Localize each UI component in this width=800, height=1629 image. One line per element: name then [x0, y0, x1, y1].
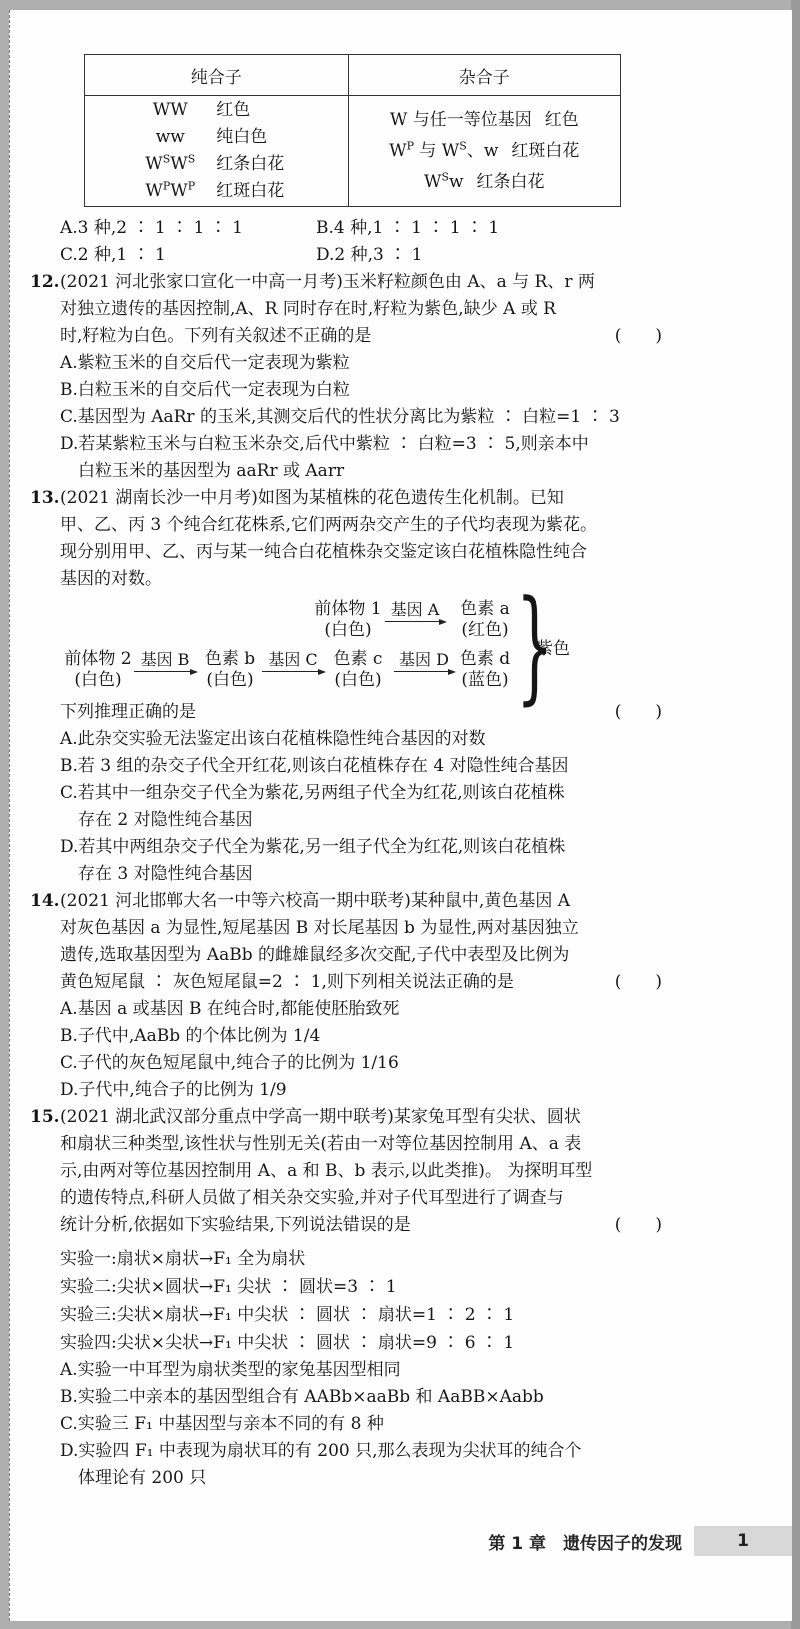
q14-stem-line: 遗传,选取基因型为 AaBb 的雌雄鼠经多次交配,子代中表型及比例为	[30, 942, 672, 969]
q11-option-b: B.4 种,1 ∶ 1 ∶ 1 ∶ 1	[316, 215, 672, 242]
answer-bracket: ( )	[615, 699, 662, 726]
q13-stem-line: 现分别用甲、乙、丙与某一纯合白花植株杂交鉴定该白花植株隐性纯合	[30, 539, 672, 566]
genotype: WSWS	[124, 151, 216, 178]
experiment-4: 实验四:尖状×尖状→F₁ 中尖状 ∶ 圆状 ∶ 扇状=9 ∶ 6 ∶ 1	[30, 1329, 672, 1357]
phenotype-label: 红色	[216, 97, 308, 124]
q13-option-d: D.若其中两组杂交子代全为紫花,另一组子代全为红花,则该白花植株	[30, 834, 672, 861]
phenotype-label: 红条白花	[477, 167, 545, 198]
phenotype-label: 红条白花	[216, 151, 308, 178]
q14-stem-line: 14.(2021 河北邯郸大名一中等六校高一期中联考)某种鼠中,黄色基因 A	[30, 888, 672, 915]
q12-option-a: A.紫粒玉米的自交后代一定表现为紫粒	[30, 350, 672, 377]
q13-option-c: C.若其中一组杂交子代全为紫花,另两组子代全为红花,则该白花植株	[30, 780, 672, 807]
question-number: 12.	[30, 269, 60, 296]
table-header-row: 纯合子 杂合子	[85, 55, 621, 96]
table-header-homozygote: 纯合子	[85, 55, 349, 96]
question-15: 15.(2021 湖北武汉部分重点中学高一期中联考)某家兔耳型有尖状、圆状 和扇…	[30, 1104, 672, 1492]
phenotype-label: 红斑白花	[511, 136, 579, 167]
phenotype-label: 纯白色	[216, 124, 308, 151]
table-row: WP 与 WS、w 红斑白花	[349, 136, 620, 167]
experiment-2: 实验二:尖状×圆状→F₁ 尖状 ∶ 圆状=3 ∶ 1	[30, 1273, 672, 1301]
chapter-title: 第 1 章 遗传因子的发现	[488, 1529, 682, 1554]
table-row: WPWP 红斑白花	[85, 178, 348, 205]
phenotype-label: 红斑白花	[216, 178, 308, 205]
experiment-1: 实验一:扇状×扇状→F₁ 全为扇状	[30, 1245, 672, 1273]
table-row: W 与任一等位基因 红色	[349, 105, 620, 136]
table-header-heterozygote: 杂合子	[348, 55, 620, 96]
q15-stem-line: 统计分析,依据如下实验结果,下列说法错误的是( )	[30, 1212, 672, 1239]
q14-stem-line: 对灰色基因 a 为显性,短尾基因 B 对长尾基因 b 为显性,两对基因独立	[30, 915, 672, 942]
purple-result-label: 紫色	[536, 634, 570, 659]
q12-stem-line: 对独立遗传的基因控制,A、R 同时存在时,籽粒为紫色,缺少 A 或 R	[30, 296, 672, 323]
genotype: W 与任一等位基因	[390, 105, 532, 136]
question-14: 14.(2021 河北邯郸大名一中等六校高一期中联考)某种鼠中,黄色基因 A 对…	[30, 888, 672, 1104]
answer-bracket: ( )	[615, 323, 662, 350]
q15-stem-line: 15.(2021 湖北武汉部分重点中学高一期中联考)某家兔耳型有尖状、圆状	[30, 1104, 672, 1131]
q15-option-c: C.实验三 F₁ 中基因型与亲本不同的有 8 种	[30, 1411, 672, 1438]
q13-option-b: B.若 3 组的杂交子代全开红花,则该白花植株存在 4 对隐性纯合基因	[30, 753, 672, 780]
q13-option-a: A.此杂交实验无法鉴定出该白花植株隐性纯合基因的对数	[30, 726, 672, 753]
q14-option-b: B.子代中,AaBb 的个体比例为 1/4	[30, 1023, 672, 1050]
phenotype-label: 红色	[545, 105, 579, 136]
page-footer: 第 1 章 遗传因子的发现 1	[10, 1526, 792, 1556]
homozygote-cell: WW 红色 ww 纯白色 WSWS 红条白花 WPWP 红斑白花	[85, 96, 349, 207]
genotype: WP 与 WS、w	[389, 136, 498, 167]
q13-option-d-continuation: 存在 3 对隐性纯合基因	[30, 861, 672, 888]
q12-option-b: B.白粒玉米的自交后代一定表现为白粒	[30, 377, 672, 404]
q12-stem-line: 时,籽粒为白色。下列有关叙述不正确的是( )	[30, 323, 672, 350]
q12-option-d-continuation: 白粒玉米的基因型为 aaRr 或 Aarr	[30, 458, 672, 485]
q11-options: A.3 种,2 ∶ 1 ∶ 1 ∶ 1 B.4 种,1 ∶ 1 ∶ 1 ∶ 1 …	[30, 215, 672, 269]
q15-option-d-continuation: 体理论有 200 只	[30, 1465, 672, 1492]
precursor-2-node: 前体物 2(白色)	[50, 649, 146, 691]
pigment-c-node: 色素 c(白色)	[310, 649, 406, 691]
q15-stem-line: 和扇状三种类型,该性状与性别无关(若由一对等位基因控制用 A、a 表	[30, 1131, 672, 1158]
page-edge-shadow	[791, 0, 800, 1629]
page-number-badge: 1	[694, 1526, 792, 1556]
q15-experiments: 实验一:扇状×扇状→F₁ 全为扇状 实验二:尖状×圆状→F₁ 尖状 ∶ 圆状=3…	[30, 1245, 672, 1357]
table-row: ww 纯白色	[85, 124, 348, 151]
table-row: WW 红色	[85, 97, 348, 124]
q12-stem-line: 12.(2021 河北张家口宣化一中高一月考)玉米籽粒颜色由 A、a 与 R、r…	[30, 269, 672, 296]
q13-stem-line: 甲、乙、丙 3 个纯合红花株系,它们两两杂交产生的子代均表现为紫花。	[30, 512, 672, 539]
q15-option-a: A.实验一中耳型为扇状类型的家兔基因型相同	[30, 1357, 672, 1384]
table-row: WSw 红条白花	[349, 167, 620, 198]
experiment-3: 实验三:尖状×扇状→F₁ 中尖状 ∶ 圆状 ∶ 扇状=1 ∶ 2 ∶ 1	[30, 1301, 672, 1329]
precursor-1-node: 前体物 1(白色)	[300, 599, 396, 641]
q13-prompt-line: 下列推理正确的是( )	[30, 699, 672, 726]
q14-stem-line: 黄色短尾鼠 ∶ 灰色短尾鼠=2 ∶ 1,则下列相关说法正确的是( )	[30, 969, 672, 996]
q15-stem-line: 示,由两对等位基因控制用 A、a 和 B、b 表示,以此类推)。 为探明耳型	[30, 1158, 672, 1185]
heterozygote-cell: W 与任一等位基因 红色 WP 与 WS、w 红斑白花 WSw 红条白花	[348, 96, 620, 207]
question-number: 15.	[30, 1104, 60, 1131]
q15-stem-line: 的遗传特点,科研人员做了相关杂交实验,并对子代耳型进行了调查与	[30, 1185, 672, 1212]
q15-option-d: D.实验四 F₁ 中表现为扇状耳的有 200 只,那么表现为尖状耳的纯合个	[30, 1438, 672, 1465]
genotype: ww	[124, 124, 216, 151]
q13-stem-line: 13.(2021 湖南长沙一中月考)如图为某植株的花色遗传生化机制。已知	[30, 485, 672, 512]
table-body-row: WW 红色 ww 纯白色 WSWS 红条白花 WPWP 红斑白花	[85, 96, 621, 207]
q14-option-a: A.基因 a 或基因 B 在纯合时,都能使胚胎致死	[30, 996, 672, 1023]
q13-option-c-continuation: 存在 2 对隐性纯合基因	[30, 807, 672, 834]
q12-option-c: C.基因型为 AaRr 的玉米,其测交后代的性状分离比为紫粒 ∶ 白粒=1 ∶ …	[30, 404, 672, 431]
gene-a-arrow-icon: 基因 A	[385, 600, 445, 622]
q14-option-c: C.子代的灰色短尾鼠中,纯合子的比例为 1/16	[30, 1050, 672, 1077]
question-13: 13.(2021 湖南长沙一中月考)如图为某植株的花色遗传生化机制。已知 甲、乙…	[30, 485, 672, 888]
q11-option-c: C.2 种,1 ∶ 1	[60, 242, 316, 269]
genotype: WPWP	[124, 178, 216, 205]
page-content: 纯合子 杂合子 WW 红色 ww 纯白色 WSWS 红条白花	[30, 54, 672, 1492]
q13-stem-line: 基因的对数。	[30, 566, 672, 593]
q14-option-d: D.子代中,纯合子的比例为 1/9	[30, 1077, 672, 1104]
q15-option-b: B.实验二中亲本的基因型组合有 AABb×aaBb 和 AaBB×Aabb	[30, 1384, 672, 1411]
answer-bracket: ( )	[615, 1212, 662, 1239]
scanned-page: 纯合子 杂合子 WW 红色 ww 纯白色 WSWS 红条白花	[9, 10, 792, 1621]
genotype: WSw	[424, 167, 464, 198]
q11-option-d: D.2 种,3 ∶ 1	[316, 242, 672, 269]
question-12: 12.(2021 河北张家口宣化一中高一月考)玉米籽粒颜色由 A、a 与 R、r…	[30, 269, 672, 485]
question-number: 13.	[30, 485, 60, 512]
question-number: 14.	[30, 888, 60, 915]
q12-option-d: D.若某紫粒玉米与白粒玉米杂交,后代中紫粒 ∶ 白粒=3 ∶ 5,则亲本中	[30, 431, 672, 458]
table-row: WSWS 红条白花	[85, 151, 348, 178]
q11-option-a: A.3 种,2 ∶ 1 ∶ 1 ∶ 1	[60, 215, 316, 242]
flower-color-pathway-diagram: 前体物 1(白色) 基因 A 色素 a(红色) 前体物 2(白色) 基因 B 色…	[30, 599, 672, 695]
genotype: WW	[124, 97, 216, 124]
genotype-phenotype-table: 纯合子 杂合子 WW 红色 ww 纯白色 WSWS 红条白花	[84, 54, 621, 207]
answer-bracket: ( )	[615, 969, 662, 996]
